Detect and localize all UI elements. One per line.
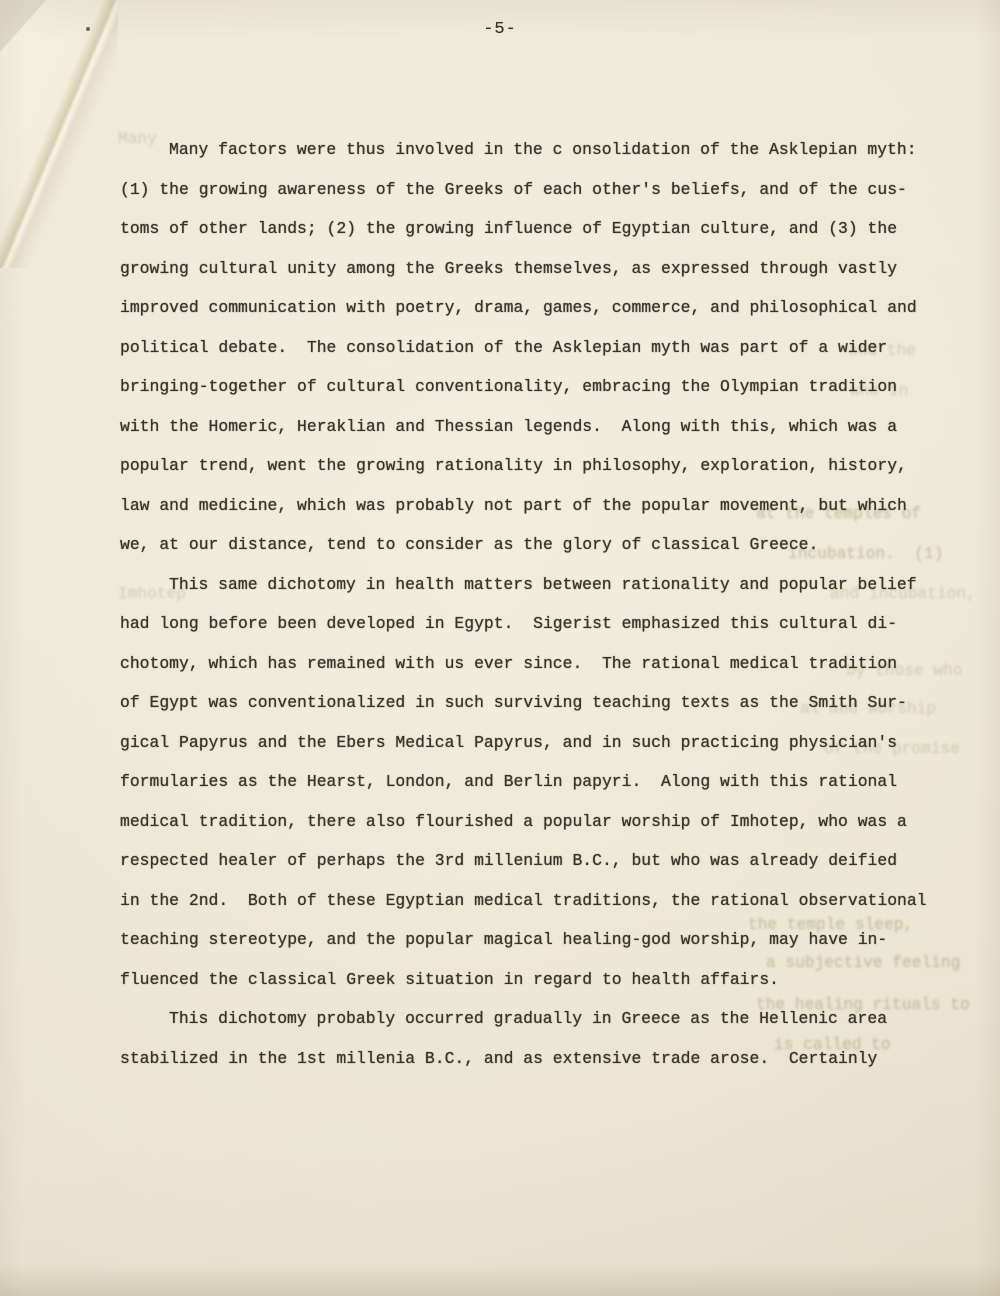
text-line: chotomy, which has remained with us ever… bbox=[120, 644, 950, 684]
scanned-page: -5- Many factors were thus involved in t… bbox=[0, 0, 1000, 1296]
text-line: This same dichotomy in health matters be… bbox=[120, 565, 950, 605]
text-line: bringing-together of cultural convention… bbox=[120, 367, 950, 407]
paragraph: This same dichotomy in health matters be… bbox=[120, 565, 950, 1000]
paragraph: This dichotomy probably occurred gradual… bbox=[120, 999, 950, 1078]
text-line: popular trend, went the growing rational… bbox=[120, 446, 950, 486]
text-line: had long before been developed in Egypt.… bbox=[120, 604, 950, 644]
text-line: Many factors were thus involved in the c… bbox=[120, 130, 950, 170]
typed-text: Many factors were thus involved in the c… bbox=[120, 130, 950, 1078]
text-line: with the Homeric, Heraklian and Thessian… bbox=[120, 407, 950, 447]
text-line: growing cultural unity among the Greeks … bbox=[120, 249, 950, 289]
text-line: formularies as the Hearst, London, and B… bbox=[120, 762, 950, 802]
text-line: political debate. The consolidation of t… bbox=[120, 328, 950, 368]
page-number: -5- bbox=[0, 20, 1000, 39]
text-line: medical tradition, there also flourished… bbox=[120, 802, 950, 842]
text-line: toms of other lands; (2) the growing inf… bbox=[120, 209, 950, 249]
text-line: improved communication with poetry, dram… bbox=[120, 288, 950, 328]
paragraph: Many factors were thus involved in the c… bbox=[120, 130, 950, 565]
text-line: (1) the growing awareness of the Greeks … bbox=[120, 170, 950, 210]
text-line: in the 2nd. Both of these Egyptian medic… bbox=[120, 881, 950, 921]
text-line: stabilized in the 1st millenia B.C., and… bbox=[120, 1039, 950, 1079]
text-line: we, at our distance, tend to consider as… bbox=[120, 525, 950, 565]
text-line: respected healer of perhaps the 3rd mill… bbox=[120, 841, 950, 881]
text-line: teaching stereotype, and the popular mag… bbox=[120, 920, 950, 960]
text-line: gical Papyrus and the Ebers Medical Papy… bbox=[120, 723, 950, 763]
text-line: of Egypt was conventionalized in such su… bbox=[120, 683, 950, 723]
text-line: fluenced the classical Greek situation i… bbox=[120, 960, 950, 1000]
text-line: This dichotomy probably occurred gradual… bbox=[120, 999, 950, 1039]
text-line: law and medicine, which was probably not… bbox=[120, 486, 950, 526]
folded-corner bbox=[0, 0, 118, 268]
